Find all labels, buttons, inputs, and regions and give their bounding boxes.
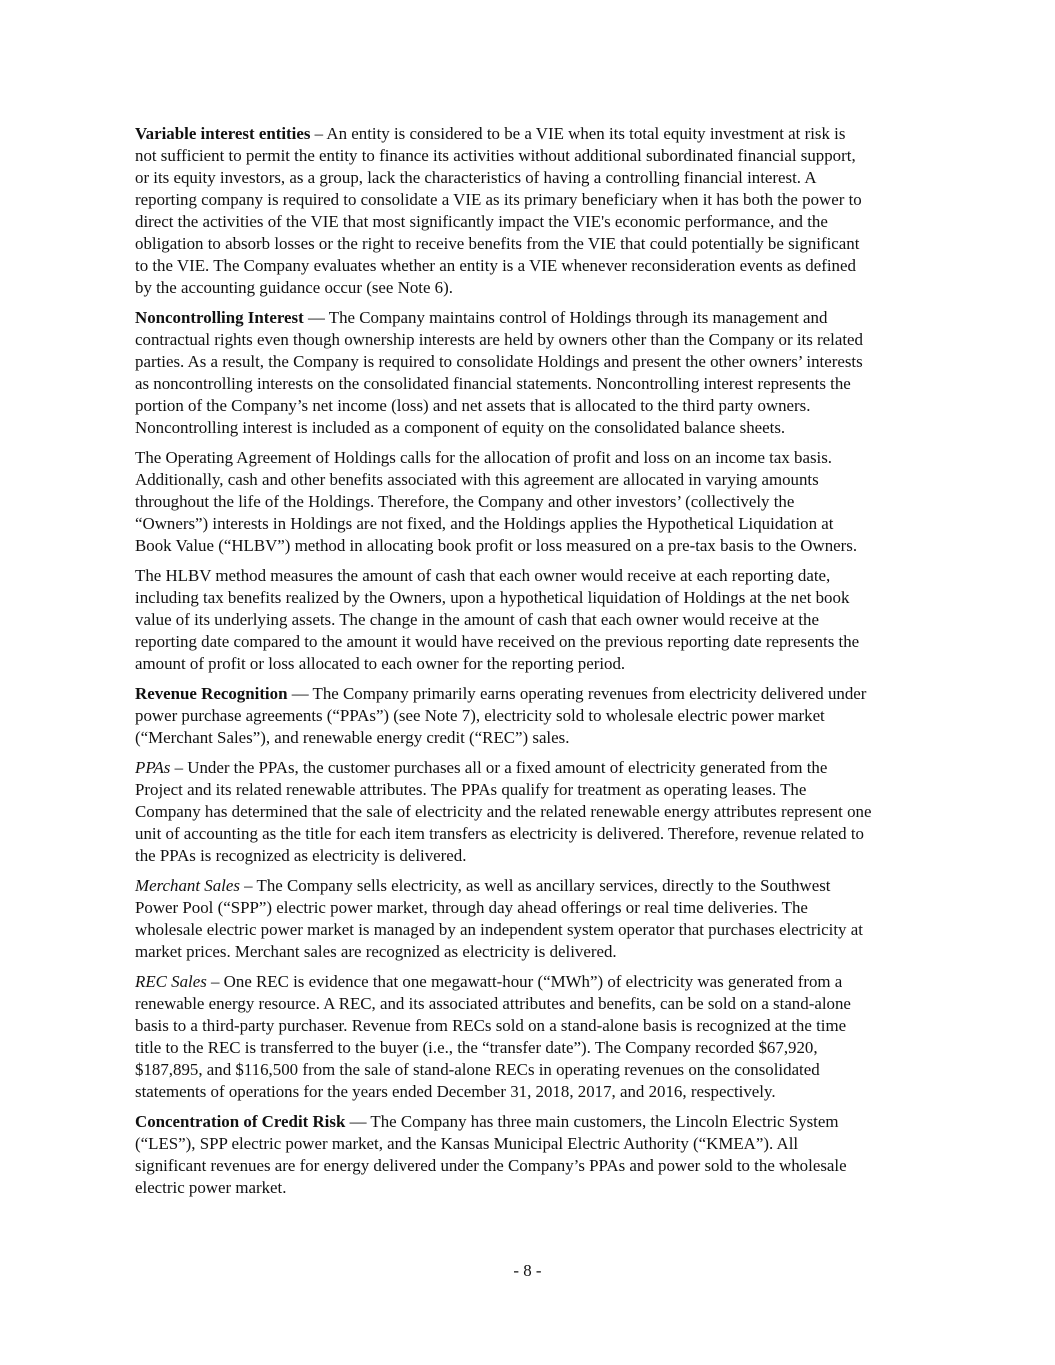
- paragraph-merchant-sales: Merchant Sales – The Company sells elect…: [135, 875, 965, 963]
- paragraph-ppas: PPAs – Under the PPAs, the customer purc…: [135, 757, 965, 867]
- section-heading: Revenue Recognition: [135, 684, 287, 703]
- paragraph-hlbv-method: The HLBV method measures the amount of c…: [135, 565, 965, 675]
- paragraph-operating-agreement: The Operating Agreement of Holdings call…: [135, 447, 965, 557]
- paragraph-rec-sales: REC Sales – One REC is evidence that one…: [135, 971, 965, 1103]
- document-body: Variable interest entities – An entity i…: [135, 123, 965, 1207]
- page-number: - 8 -: [0, 1261, 1055, 1281]
- section-heading: REC Sales: [135, 972, 207, 991]
- section-heading: Concentration of Credit Risk: [135, 1112, 345, 1131]
- section-heading: Noncontrolling Interest: [135, 308, 304, 327]
- paragraph-concentration-of-credit-risk: Concentration of Credit Risk — The Compa…: [135, 1111, 965, 1199]
- section-heading: PPAs: [135, 758, 170, 777]
- paragraph-noncontrolling-interest: Noncontrolling Interest — The Company ma…: [135, 307, 965, 439]
- section-heading: Variable interest entities: [135, 124, 310, 143]
- paragraph-variable-interest-entities: Variable interest entities – An entity i…: [135, 123, 965, 299]
- paragraph-revenue-recognition: Revenue Recognition — The Company primar…: [135, 683, 965, 749]
- section-heading: Merchant Sales: [135, 876, 240, 895]
